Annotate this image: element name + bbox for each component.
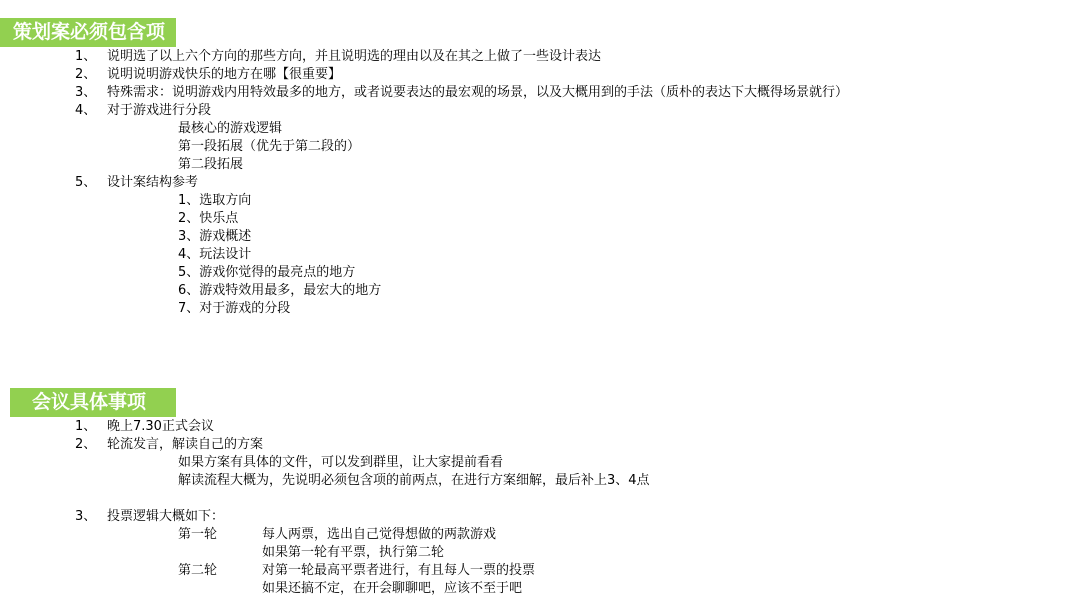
round-label: 第二轮 <box>178 562 217 580</box>
list-number: 2、 <box>75 66 96 84</box>
sub-item: 5、游戏你觉得的最亮点的地方 <box>178 264 355 282</box>
sub-item: 6、游戏特效用最多，最宏大的地方 <box>178 282 381 300</box>
round-detail: 对第一轮最高平票者进行，有且每人一票的投票 <box>262 562 535 580</box>
sub-item: 4、玩法设计 <box>178 246 251 264</box>
round-detail: 如果还搞不定，在开会聊聊吧，应该不至于吧 <box>262 580 522 598</box>
round-label: 第一轮 <box>178 526 217 544</box>
section-header-requirements: 策划案必须包含项 <box>0 18 176 47</box>
sub-item: 7、对于游戏的分段 <box>178 300 290 318</box>
list-number: 4、 <box>75 102 96 120</box>
sub-item: 最核心的游戏逻辑 <box>178 120 282 138</box>
round-detail: 如果第一轮有平票，执行第二轮 <box>262 544 444 562</box>
round-detail: 每人两票，选出自己觉得想做的两款游戏 <box>262 526 496 544</box>
list-item: 对于游戏进行分段 <box>107 102 211 120</box>
sub-item: 3、游戏概述 <box>178 228 251 246</box>
sub-item: 1、选取方向 <box>178 192 251 210</box>
list-number: 3、 <box>75 84 96 102</box>
list-number: 1、 <box>75 48 96 66</box>
sub-item: 第一段拓展（优先于第二段的） <box>178 138 360 156</box>
sub-item: 如果方案有具体的文件，可以发到群里，让大家提前看看 <box>178 454 503 472</box>
sub-item: 2、快乐点 <box>178 210 238 228</box>
list-item: 投票逻辑大概如下： <box>107 508 224 526</box>
list-number: 3、 <box>75 508 96 526</box>
list-item: 轮流发言，解读自己的方案 <box>107 436 263 454</box>
list-item: 特殊需求：说明游戏内用特效最多的地方，或者说要表达的最宏观的场景，以及大概用到的… <box>107 84 848 102</box>
list-item: 说明选了以上六个方向的那些方向，并且说明选的理由以及在其之上做了一些设计表达 <box>107 48 601 66</box>
sub-item: 第二段拓展 <box>178 156 243 174</box>
list-number: 1、 <box>75 418 96 436</box>
list-item: 设计案结构参考 <box>107 174 198 192</box>
section-header-meeting: 会议具体事项 <box>10 388 176 417</box>
list-number: 5、 <box>75 174 96 192</box>
list-item: 晚上7.30正式会议 <box>107 418 214 436</box>
sub-item: 解读流程大概为，先说明必须包含项的前两点，在进行方案细解，最后补上3、4点 <box>178 472 650 490</box>
list-item: 说明说明游戏快乐的地方在哪【很重要】 <box>107 66 341 84</box>
list-number: 2、 <box>75 436 96 454</box>
